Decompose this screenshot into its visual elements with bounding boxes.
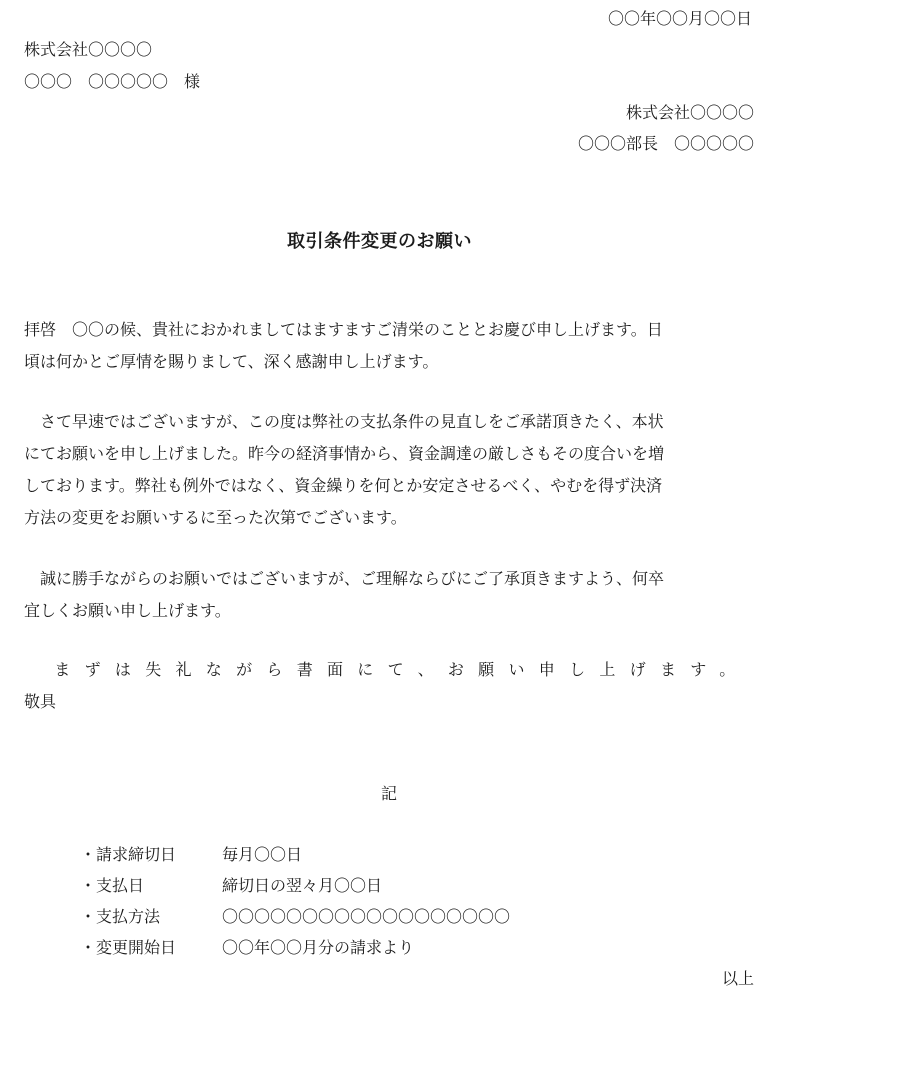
record-item: ・支払方法〇〇〇〇〇〇〇〇〇〇〇〇〇〇〇〇〇〇 [80,907,510,927]
greeting-line: 頃は何かとご厚情を賜りまして、深く感謝申し上げます。 [24,346,754,378]
record-item-label: ・請求締切日 [80,845,222,865]
recipient-company: 株式会社〇〇〇〇 [24,40,152,60]
request-line: 宜しくお願い申し上げます。 [24,595,754,627]
record-item-value: 締切日の翌々月〇〇日 [222,876,382,896]
record-item-label: ・支払方法 [80,907,222,927]
sender-company: 株式会社〇〇〇〇 [626,103,754,123]
closing-line: まずは失礼ながら書面にて、お願い申し上げます。 [24,654,754,686]
record-item: ・支払日締切日の翌々月〇〇日 [80,876,382,896]
record-end: 以上 [722,969,754,989]
main-line: しております。弊社も例外ではなく、資金繰りを何とか安定させるべく、やむを得ず決済 [24,470,754,502]
closing-keigu: 敬具 [24,686,754,718]
record-heading: 記 [381,784,397,804]
greeting-paragraph: 拝啓 〇〇の候、貴社におかれましてはますますご清栄のこととお慶び申し上げます。日… [24,314,754,378]
greeting-line: 拝啓 〇〇の候、貴社におかれましてはますますご清栄のこととお慶び申し上げます。日 [24,314,754,346]
main-line: 方法の変更をお願いするに至った次第でございます。 [24,502,754,534]
closing-paragraph: まずは失礼ながら書面にて、お願い申し上げます。 敬具 [24,654,754,718]
record-item-value: 〇〇年〇〇月分の請求より [222,938,414,958]
request-paragraph: 誠に勝手ながらのお願いではございますが、ご理解ならびにご了承頂きますよう、何卒 … [24,563,754,627]
request-line: 誠に勝手ながらのお願いではございますが、ご理解ならびにご了承頂きますよう、何卒 [24,563,754,595]
record-item-label: ・支払日 [80,876,222,896]
record-item: ・請求締切日毎月〇〇日 [80,845,302,865]
main-paragraph: さて早速ではございますが、この度は弊社の支払条件の見直しをご承諾頂きたく、本状 … [24,406,754,534]
record-item: ・変更開始日〇〇年〇〇月分の請求より [80,938,414,958]
main-line: さて早速ではございますが、この度は弊社の支払条件の見直しをご承諾頂きたく、本状 [24,406,754,438]
recipient-name: 〇〇〇 〇〇〇〇〇 様 [24,72,200,92]
record-item-value: 〇〇〇〇〇〇〇〇〇〇〇〇〇〇〇〇〇〇 [222,907,510,927]
letter-date: 〇〇年〇〇月〇〇日 [608,9,752,29]
record-item-label: ・変更開始日 [80,938,222,958]
document-title: 取引条件変更のお願い [287,227,472,253]
sender-name: 〇〇〇部長 〇〇〇〇〇 [578,134,754,154]
main-line: にてお願いを申し上げました。昨今の経済事情から、資金調達の厳しさもその度合いを増 [24,438,754,470]
record-item-value: 毎月〇〇日 [222,845,302,865]
